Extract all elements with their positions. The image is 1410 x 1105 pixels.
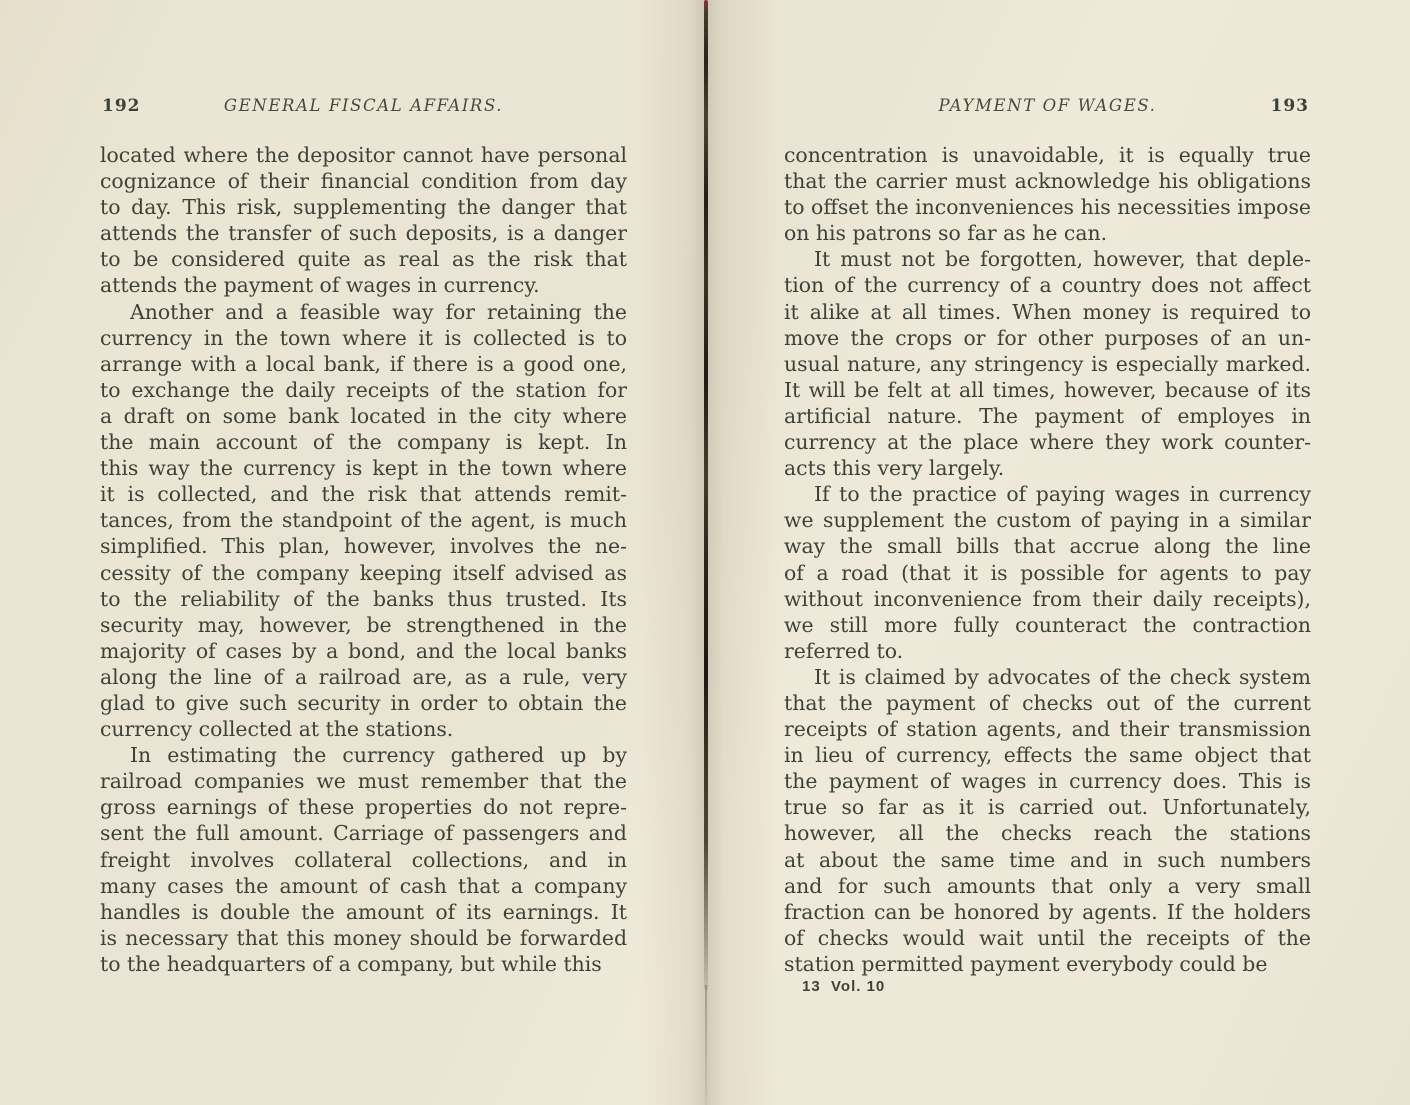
paragraph: concentration is unavoidable, it is equa… xyxy=(784,142,1311,246)
right-page-header: 193 PAYMENT OF WAGES. xyxy=(784,96,1311,120)
binding-crease-bottom xyxy=(705,985,707,1105)
left-page-number: 192 xyxy=(102,96,141,116)
text-line: glad to give such security in order to o… xyxy=(100,690,627,716)
text-line: sent the full amount. Carriage of passen… xyxy=(100,820,627,846)
binding-shadow xyxy=(640,0,780,1105)
text-line: cessity of the company keeping itself ad… xyxy=(100,560,627,586)
text-line: If to the practice of paying wages in cu… xyxy=(784,481,1311,507)
text-line: It must not be forgotten, however, that … xyxy=(784,246,1311,272)
text-line: gross earnings of these properties do no… xyxy=(100,794,627,820)
paragraph: Another and a feasible way for retaining… xyxy=(100,299,627,743)
text-line: of a road (that it is possible for agent… xyxy=(784,560,1311,586)
text-line: acts this very largely. xyxy=(784,455,1311,481)
text-line: currency in the town where it is collect… xyxy=(100,325,627,351)
text-line: it alike at all times. When money is req… xyxy=(784,299,1311,325)
right-page-number: 193 xyxy=(1271,96,1310,116)
right-running-title: PAYMENT OF WAGES. xyxy=(784,96,1311,115)
text-line: the payment of wages in currency does. T… xyxy=(784,768,1311,794)
text-line: we still more fully counteract the contr… xyxy=(784,612,1311,638)
text-line: station permitted payment everybody coul… xyxy=(784,951,1311,977)
right-page-body: concentration is unavoidable, it is equa… xyxy=(784,142,1311,977)
text-line: without inconvenience from their daily r… xyxy=(784,586,1311,612)
paragraph: If to the practice of paying wages in cu… xyxy=(784,481,1311,664)
text-line: is necessary that this money should be f… xyxy=(100,925,627,951)
text-line: at about the same time and in such numbe… xyxy=(784,847,1311,873)
text-line: that the payment of checks out of the cu… xyxy=(784,690,1311,716)
text-line: handles is double the amount of its earn… xyxy=(100,899,627,925)
text-line: along the line of a railroad are, as a r… xyxy=(100,664,627,690)
text-line: to be considered quite as real as the ri… xyxy=(100,246,627,272)
text-line: to the headquarters of a company, but wh… xyxy=(100,951,627,977)
text-line: we supplement the custom of paying in a … xyxy=(784,507,1311,533)
text-line: this way the currency is kept in the tow… xyxy=(100,455,627,481)
text-line: artificial nature. The payment of employ… xyxy=(784,403,1311,429)
text-line: located where the depositor cannot have … xyxy=(100,142,627,168)
text-line: tances, from the standpoint of the agent… xyxy=(100,507,627,533)
right-page: 193 PAYMENT OF WAGES. concentration is u… xyxy=(784,96,1311,995)
left-page-header: 192 GENERAL FISCAL AFFAIRS. xyxy=(100,96,627,120)
left-running-title: GENERAL FISCAL AFFAIRS. xyxy=(100,96,627,115)
text-line: on his patrons so far as he can. xyxy=(784,220,1311,246)
text-line: arrange with a local bank, if there is a… xyxy=(100,351,627,377)
text-line: majority of cases by a bond, and the loc… xyxy=(100,638,627,664)
text-line: true so far as it is carried out. Unfort… xyxy=(784,794,1311,820)
text-line: tion of the currency of a country does n… xyxy=(784,272,1311,298)
text-line: to exchange the daily receipts of the st… xyxy=(100,377,627,403)
text-line: in lieu of currency, effects the same ob… xyxy=(784,742,1311,768)
text-line: of checks would wait until the receipts … xyxy=(784,925,1311,951)
text-line: that the carrier must acknowledge his ob… xyxy=(784,168,1311,194)
left-page-body: located where the depositor cannot have … xyxy=(100,142,627,977)
text-line: a draft on some bank located in the city… xyxy=(100,403,627,429)
left-page: 192 GENERAL FISCAL AFFAIRS. located wher… xyxy=(100,96,627,977)
text-line: however, all the checks reach the statio… xyxy=(784,820,1311,846)
text-line: Another and a feasible way for retaining… xyxy=(100,299,627,325)
text-line: the main account of the company is kept.… xyxy=(100,429,627,455)
text-line: simplified. This plan, however, involves… xyxy=(100,533,627,559)
text-line: railroad companies we must remember that… xyxy=(100,768,627,794)
text-line: to offset the inconveniences his necessi… xyxy=(784,194,1311,220)
text-line: It is claimed by advocates of the check … xyxy=(784,664,1311,690)
text-line: security may, however, be strengthened i… xyxy=(100,612,627,638)
text-line: In estimating the currency gathered up b… xyxy=(100,742,627,768)
text-line: concentration is unavoidable, it is equa… xyxy=(784,142,1311,168)
text-line: usual nature, any stringency is especial… xyxy=(784,351,1311,377)
text-line: to day. This risk, supplementing the dan… xyxy=(100,194,627,220)
text-line: receipts of station agents, and their tr… xyxy=(784,716,1311,742)
binding-crease xyxy=(704,0,708,990)
text-line: cognizance of their financial condition … xyxy=(100,168,627,194)
signature-volume-mark: 13 Vol. 10 xyxy=(802,978,1311,995)
text-line: it is collected, and the risk that atten… xyxy=(100,481,627,507)
text-line: It will be felt at all times, however, b… xyxy=(784,377,1311,403)
text-line: way the small bills that accrue along th… xyxy=(784,533,1311,559)
text-line: currency collected at the stations. xyxy=(100,716,627,742)
text-line: move the crops or for other purposes of … xyxy=(784,325,1311,351)
text-line: fraction can be honored by agents. If th… xyxy=(784,899,1311,925)
paragraph: It must not be forgotten, however, that … xyxy=(784,246,1311,481)
text-line: referred to. xyxy=(784,638,1311,664)
paragraph: It is claimed by advocates of the check … xyxy=(784,664,1311,977)
text-line: and for such amounts that only a very sm… xyxy=(784,873,1311,899)
text-line: many cases the amount of cash that a com… xyxy=(100,873,627,899)
book-spread: 192 GENERAL FISCAL AFFAIRS. located wher… xyxy=(0,0,1410,1105)
paragraph: In estimating the currency gathered up b… xyxy=(100,742,627,977)
text-line: to the reliability of the banks thus tru… xyxy=(100,586,627,612)
text-line: freight involves collateral collections,… xyxy=(100,847,627,873)
text-line: attends the payment of wages in currency… xyxy=(100,272,627,298)
text-line: currency at the place where they work co… xyxy=(784,429,1311,455)
text-line: attends the transfer of such deposits, i… xyxy=(100,220,627,246)
paragraph: located where the depositor cannot have … xyxy=(100,142,627,299)
